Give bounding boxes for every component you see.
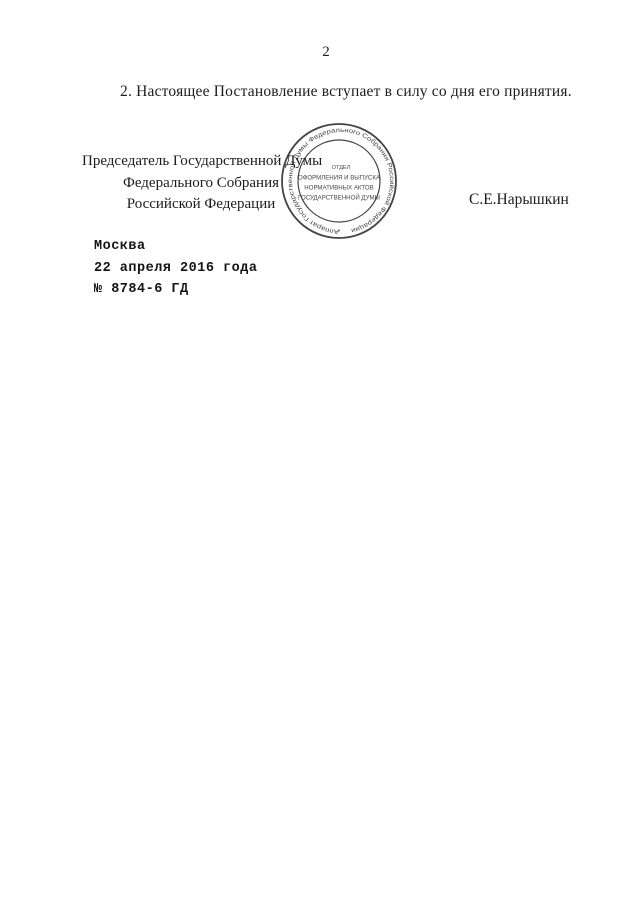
footer-city: Москва	[94, 236, 257, 258]
footer-block: Москва 22 апреля 2016 года № 8784-6 ГД	[94, 236, 257, 301]
body-paragraph: 2. Настоящее Постановление вступает в си…	[120, 83, 560, 101]
stamp-center-line-3: НОРМАТИВНЫХ АКТОВ	[304, 185, 373, 192]
stamp-center-text: ОТДЕЛ ОФОРМЛЕНИЯ И ВЫПУСКА НОРМАТИВНЫХ А…	[298, 165, 381, 202]
signatory-name: С.Е.Нарышкин	[469, 191, 569, 209]
footer-doc-number: № 8784-6 ГД	[94, 279, 257, 301]
stamp-center-line-4: ГОСУДАРСТВЕННОЙ ДУМЫ	[298, 194, 380, 202]
footer-date: 22 апреля 2016 года	[94, 258, 257, 280]
page-number: 2	[0, 44, 640, 61]
stamp-center-line-2: ОФОРМЛЕНИЯ И ВЫПУСКА	[298, 175, 381, 182]
document-page: 2 2. Настоящее Постановление вступает в …	[0, 0, 640, 905]
official-stamp: Аппарат Государственной Думы Федеральног…	[279, 121, 399, 241]
stamp-star-separator: *	[338, 229, 341, 236]
stamp-center-line-1: ОТДЕЛ	[332, 165, 351, 171]
